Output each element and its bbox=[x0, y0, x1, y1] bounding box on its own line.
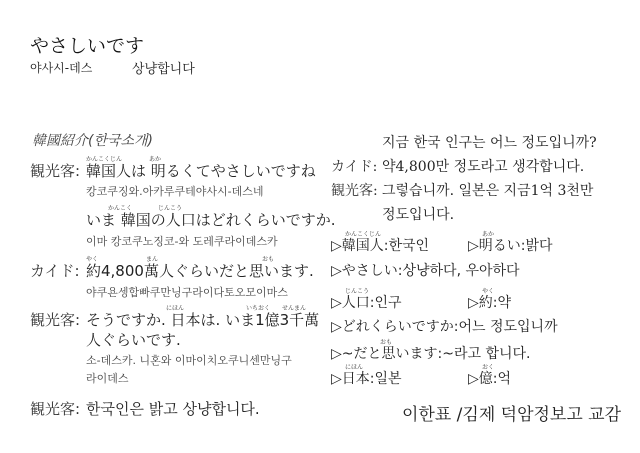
dialogue-line-jp: いま 韓国の人口はどれくらいですか. bbox=[86, 209, 336, 230]
dialogue-reading: 캉코쿠징와.아카루쿠테야사시-데스네 bbox=[86, 183, 263, 199]
speaker-label: カイド: bbox=[30, 260, 80, 281]
translation-line: 약4,800만 정도라고 생각합니다. bbox=[382, 156, 584, 176]
author-credit: 이한표 /김제 덕암정보고 교감 bbox=[402, 400, 621, 425]
dialogue-line-jp: そうですか. 日本は. いま1億3千萬 bbox=[86, 309, 319, 330]
vocab-item: ▷やさしい:상냥하다, 우아하다 bbox=[331, 260, 520, 280]
section-title: 韓國紹介(한국소개) bbox=[32, 130, 153, 150]
vocab-item: ▷~だと思います:~라고 합니다. bbox=[331, 343, 530, 363]
dialogue-reading: 소-데스카. 니혼와 이마이치오쿠니센만닝구 bbox=[86, 352, 292, 368]
vocab-item: ▷約:약 bbox=[468, 292, 511, 312]
dialogue-line-jp: 韓国人は 明るくてやさしいですね bbox=[86, 160, 316, 181]
lesson-title: やさしいです bbox=[30, 31, 144, 58]
vocab-item: ▷日本:일본 bbox=[331, 368, 402, 388]
speaker-label: 観光客: bbox=[331, 180, 378, 200]
vocab-item: ▷人口:인구 bbox=[331, 292, 402, 312]
dialogue-reading: 야쿠욘셍합빠쿠만닝구라이다토오모이마스 bbox=[86, 284, 288, 300]
speaker-label: 観光客: bbox=[30, 309, 80, 330]
dialogue-line-jp-cont: 人ぐらいです. bbox=[86, 329, 181, 350]
dialogue-line-kr: 한국인은 밝고 상냥합니다. bbox=[86, 398, 260, 419]
translation-line: 정도입니다. bbox=[382, 204, 454, 224]
vocab-item: ▷億:억 bbox=[468, 368, 511, 388]
vocab-item: ▷明るい:밝다 bbox=[468, 235, 553, 255]
vocab-item: ▷韓国人:한국인 bbox=[331, 235, 429, 255]
speaker-label: 観光客: bbox=[30, 160, 80, 181]
lesson-meaning: 상냥합니다 bbox=[132, 58, 195, 77]
vocab-item: ▷どれくらいですか:어느 정도입니까 bbox=[331, 316, 558, 336]
dialogue-line-jp: 約4,800萬人ぐらいだと思います. bbox=[86, 260, 314, 281]
translation-line: 지금 한국 인구는 어느 정도입니까? bbox=[382, 132, 597, 152]
dialogue-reading: 이마 캉코쿠노징코-와 도레쿠라이데스카 bbox=[86, 233, 278, 249]
lesson-pronunciation: 야사시-데스 bbox=[30, 59, 92, 76]
speaker-label: カイド: bbox=[331, 156, 377, 176]
speaker-label: 観光客: bbox=[30, 398, 80, 419]
dialogue-reading-cont: 라이데스 bbox=[86, 370, 129, 386]
translation-line: 그렇습니까. 일본은 지금1억 3천만 bbox=[382, 180, 593, 200]
